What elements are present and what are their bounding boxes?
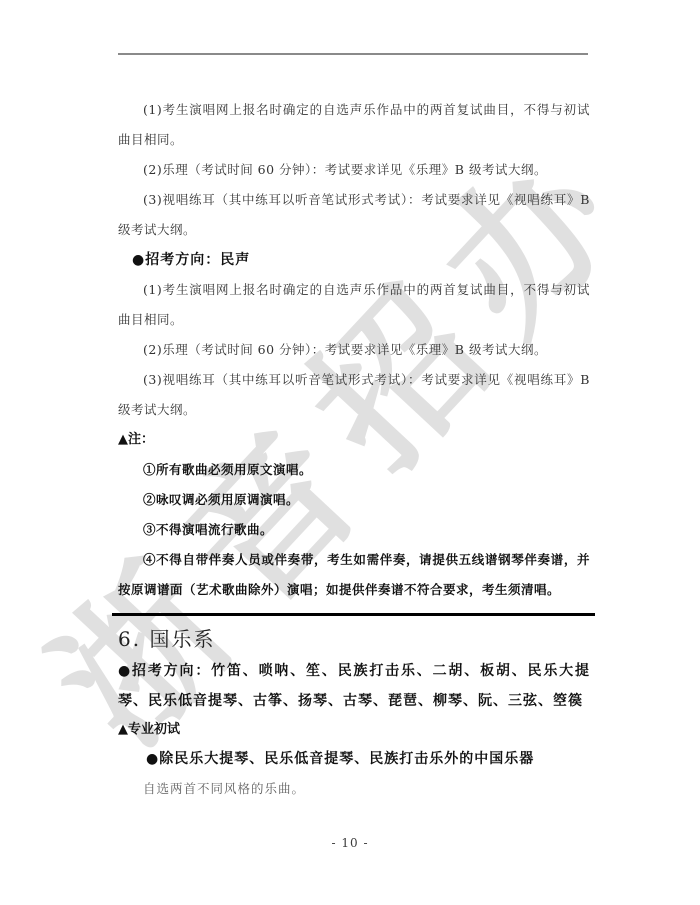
vocal-exam-item-3: (3)视唱练耳（其中练耳以听音笔试形式考试）：考试要求详见《视唱练耳》B 级考试… (118, 185, 590, 245)
vocal-exam-item-1: (1)考生演唱网上报名时确定的自选声乐作品中的两首复试曲目，不得与初试曲目相同。 (118, 95, 590, 155)
instrument-scope-heading: ●除民乐大提琴、民乐低音提琴、民族打击乐外的中国乐器 (118, 744, 590, 774)
header-divider-line (118, 53, 588, 55)
repertoire-requirement: 自选两首不同风格的乐曲。 (118, 774, 590, 804)
vocal-exam-item-2: (2)乐理（考试时间 60 分钟）：考试要求详见《乐理》B 级考试大纲。 (118, 155, 590, 185)
note-item-3: ③不得演唱流行歌曲。 (118, 515, 590, 545)
minsheng-exam-item-2: (2)乐理（考试时间 60 分钟）：考试要求详见《乐理》B 级考试大纲。 (118, 335, 590, 365)
minsheng-exam-item-3: (3)视唱练耳（其中练耳以听音笔试形式考试）：考试要求详见《视唱练耳》B 级考试… (118, 365, 590, 425)
preliminary-exam-label: ▲专业初试 (118, 716, 590, 744)
note-item-2: ②咏叹调必须用原调演唱。 (118, 485, 590, 515)
minsheng-exam-item-1: (1)考生演唱网上报名时确定的自选声乐作品中的两首复试曲目，不得与初试曲目相同。 (118, 275, 590, 335)
note-item-4: ④不得自带伴奏人员或伴奏带，考生如需伴奏，请提供五线谱钢琴伴奏谱，并按原调谱面（… (118, 545, 590, 605)
note-item-1: ①所有歌曲必须用原文演唱。 (118, 455, 590, 485)
direction-heading-minsheng: ●招考方向：民声 (118, 245, 590, 275)
direction-heading-guoyue: ●招考方向：竹笛、唢呐、笙、民族打击乐、二胡、板胡、民乐大提琴、民乐低音提琴、古… (118, 656, 590, 716)
page-content: (1)考生演唱网上报名时确定的自选声乐作品中的两首复试曲目，不得与初试曲目相同。… (118, 0, 590, 804)
note-label: ▲注： (118, 425, 590, 455)
section-divider-rule (112, 613, 595, 616)
page-number: - 10 - (0, 836, 700, 850)
section-title-guoyue: 6. 国乐系 (118, 622, 590, 656)
document-page: 浙音招办 (1)考生演唱网上报名时确定的自选声乐作品中的两首复试曲目，不得与初试… (0, 0, 700, 905)
